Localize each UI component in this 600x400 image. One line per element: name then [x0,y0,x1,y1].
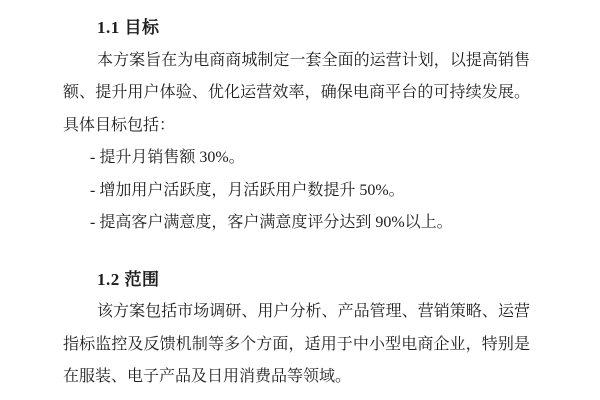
document-page: { "colors": { "page_background": "#fffff… [0,0,600,400]
goal-bullet-satisfaction: - 提高客户满意度，客户满意度评分达到 90%以上。 [63,207,530,240]
section-heading-1-2: 1.2 范围 [63,264,530,297]
document-body: 1.1 目标 本方案旨在为电商商城制定一套全面的运营计划，以提高销售额、提升用户… [63,12,530,394]
goal-bullet-sales: - 提升月销售额 30%。 [63,142,530,175]
goal-bullet-active-users: - 增加用户活跃度，月活跃用户数提升 50%。 [63,175,530,208]
section-1-1-paragraph: 本方案旨在为电商商城制定一套全面的运营计划，以提高销售额、提升用户体验、优化运营… [63,45,530,143]
section-1-2-paragraph: 该方案包括市场调研、用户分析、产品管理、营销策略、运营指标监控及反馈机制等多个方… [63,296,530,394]
section-heading-1-1: 1.1 目标 [63,12,530,45]
